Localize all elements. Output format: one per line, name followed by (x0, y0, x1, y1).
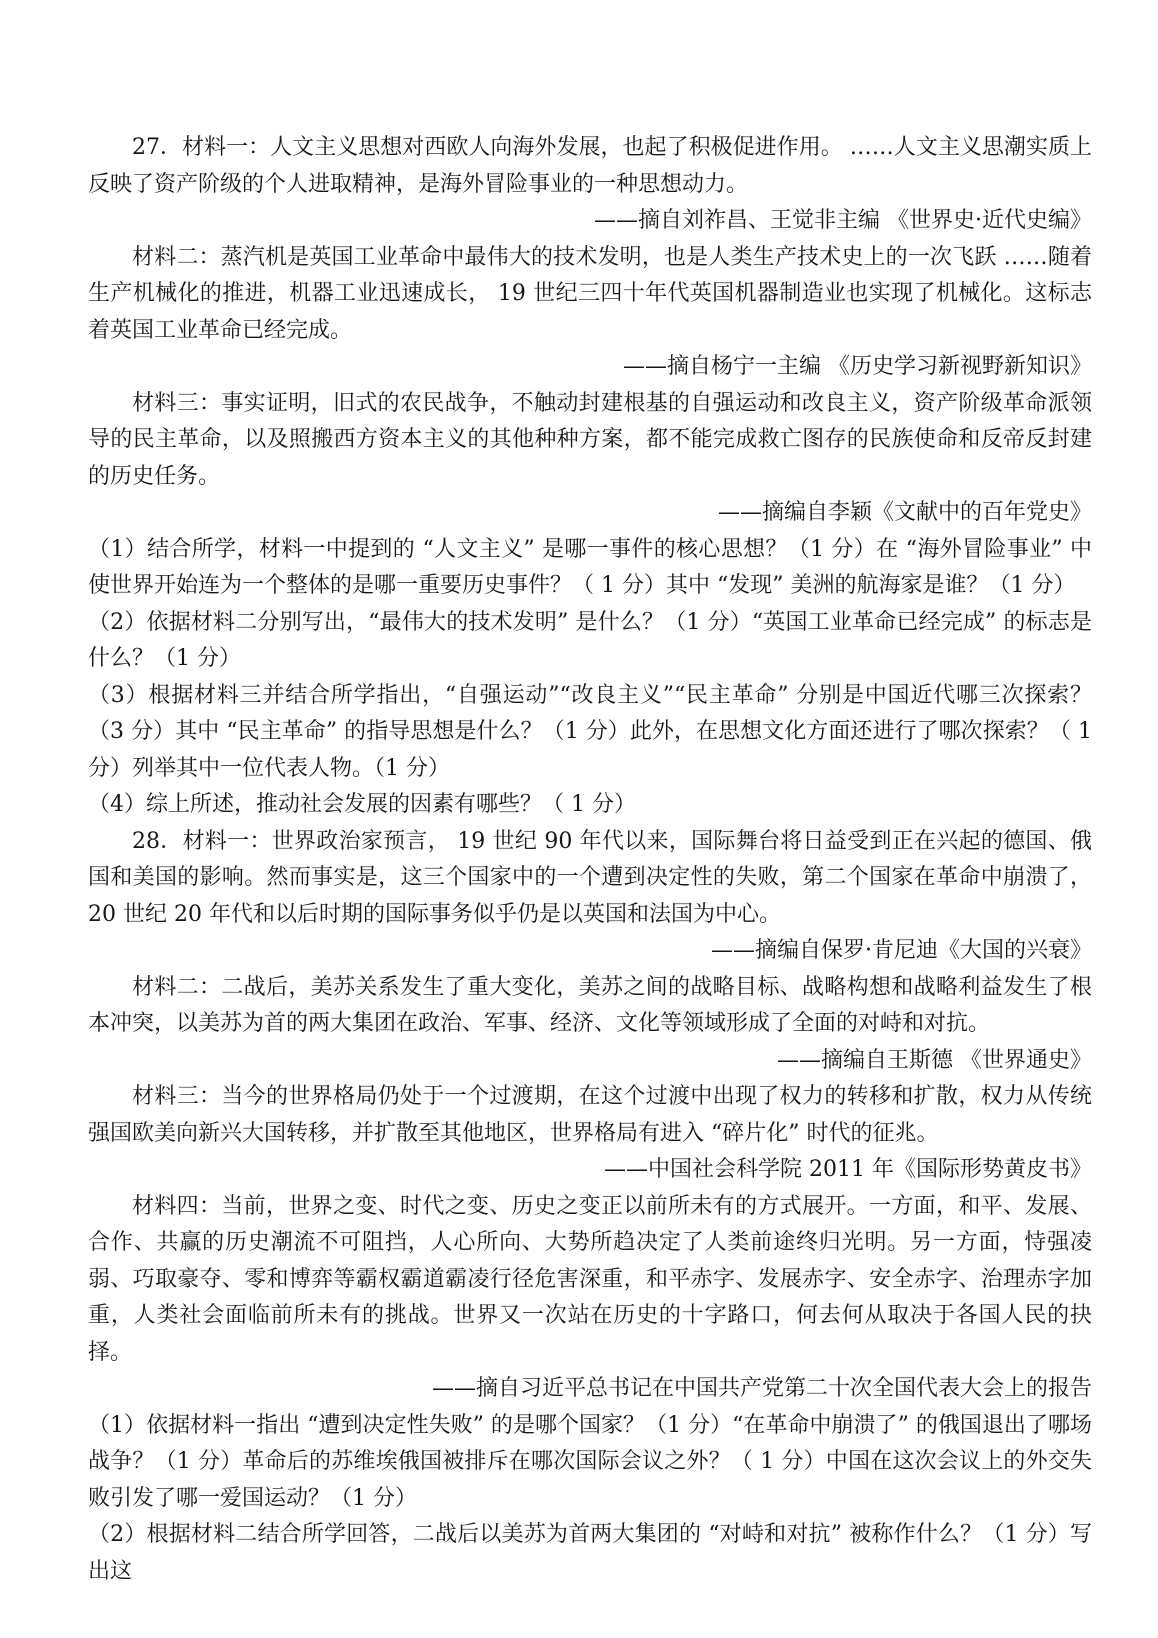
exam-body: 27．材料一：人文主义思想对西欧人向海外发展，也起了积极促进作用。 ……人文主义… (88, 130, 1092, 1590)
q28-sub-1: （1）依据材料一指出 “遭到决定性失败” 的是哪个国家？（1 分）“在革命中崩溃… (88, 1408, 1092, 1518)
q28-sub-2: （2）根据材料二结合所学回答，二战后以美苏为首两大集团的 “对峙和对抗” 被称作… (88, 1517, 1092, 1590)
q27-material-1: 27．材料一：人文主义思想对西欧人向海外发展，也起了积极促进作用。 ……人文主义… (88, 130, 1092, 203)
q28-material-1: 28．材料一：世界政治家预言， 19 世纪 90 年代以来，国际舞台将日益受到正… (88, 824, 1092, 934)
q28-material-2-source: ——摘编自王斯德 《世界通史》 (88, 1043, 1092, 1080)
q27-material-3-source: ——摘编自李颖《文献中的百年党史》 (88, 495, 1092, 532)
exam-page: 27．材料一：人文主义思想对西欧人向海外发展，也起了积极促进作用。 ……人文主义… (0, 0, 1158, 1638)
q28-material-2: 材料二：二战后，美苏关系发生了重大变化，美苏之间的战略目标、战略构想和战略利益发… (88, 970, 1092, 1043)
q27-sub-1: （1）结合所学，材料一中提到的 “人文主义” 是哪一事件的核心思想？（1 分）在… (88, 532, 1092, 605)
q27-sub-4: （4）综上所述，推动社会发展的因素有哪些？（ 1 分） (88, 787, 1092, 824)
q28-material-3-source: ——中国社会科学院 2011 年《国际形势黄皮书》 (88, 1152, 1092, 1189)
q28-material-1-source: ——摘编自保罗·肯尼迪《大国的兴衰》 (88, 933, 1092, 970)
q27-material-1-source: ——摘自刘祚昌、王觉非主编 《世界史·近代史编》 (88, 203, 1092, 240)
q28-material-3: 材料三：当今的世界格局仍处于一个过渡期，在这个过渡中出现了权力的转移和扩散，权力… (88, 1079, 1092, 1152)
q27-sub-2: （2）依据材料二分别写出，“最伟大的技术发明” 是什么？（1 分）“英国工业革命… (88, 605, 1092, 678)
q27-material-2-source: ——摘自杨宁一主编 《历史学习新视野新知识》 (88, 349, 1092, 386)
q27-sub-3: （3）根据材料三并结合所学指出，“自强运动”“改良主义”“民主革命” 分别是中国… (88, 678, 1092, 788)
q27-material-2: 材料二：蒸汽机是英国工业革命中最伟大的技术发明，也是人类生产技术史上的一次飞跃 … (88, 240, 1092, 350)
q27-material-3: 材料三：事实证明，旧式的农民战争，不触动封建根基的自强运动和改良主义，资产阶级革… (88, 386, 1092, 496)
q28-material-4-source: ——摘自习近平总书记在中国共产党第二十次全国代表大会上的报告 (88, 1371, 1092, 1408)
q28-material-4: 材料四：当前，世界之变、时代之变、历史之变正以前所未有的方式展开。一方面，和平、… (88, 1189, 1092, 1372)
